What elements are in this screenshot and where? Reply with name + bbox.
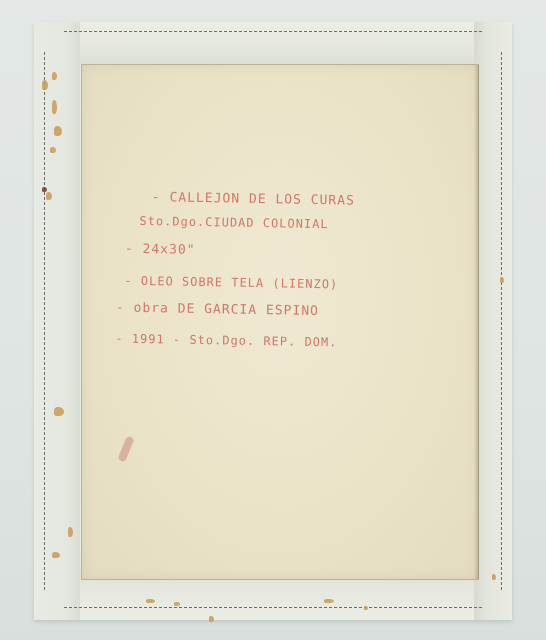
paint-chip bbox=[52, 552, 60, 558]
paint-chip bbox=[52, 72, 57, 80]
paint-chip bbox=[54, 407, 64, 416]
paint-chip bbox=[42, 80, 48, 90]
frame-top-bar bbox=[34, 22, 512, 64]
paint-chip bbox=[364, 606, 368, 610]
staple-row-right bbox=[501, 52, 502, 590]
inscription-dimensions: - 24x30" bbox=[125, 242, 196, 258]
canvas-edge-shadow bbox=[474, 65, 479, 579]
paint-chip bbox=[209, 616, 214, 622]
paint-chip bbox=[50, 147, 56, 153]
staple-row-top bbox=[64, 31, 482, 32]
paint-chip bbox=[174, 602, 180, 606]
frame-right-bar bbox=[474, 22, 512, 620]
paint-chip bbox=[324, 599, 334, 603]
paint-chip bbox=[492, 574, 496, 580]
staple-row-bottom bbox=[64, 607, 482, 608]
frame-left-bar bbox=[34, 22, 80, 620]
paint-chip bbox=[68, 527, 73, 537]
paint-chip bbox=[54, 126, 62, 136]
staple-row-left bbox=[44, 52, 45, 590]
painting-back-photo: - CALLEJON DE LOS CURAS Sto.Dgo.CIUDAD C… bbox=[0, 0, 546, 640]
paint-chip bbox=[46, 192, 52, 200]
paint-chip bbox=[500, 277, 504, 283]
paint-chip bbox=[52, 100, 57, 114]
paint-chip bbox=[146, 599, 155, 603]
paint-chip bbox=[42, 187, 47, 192]
canvas-back bbox=[81, 64, 479, 580]
